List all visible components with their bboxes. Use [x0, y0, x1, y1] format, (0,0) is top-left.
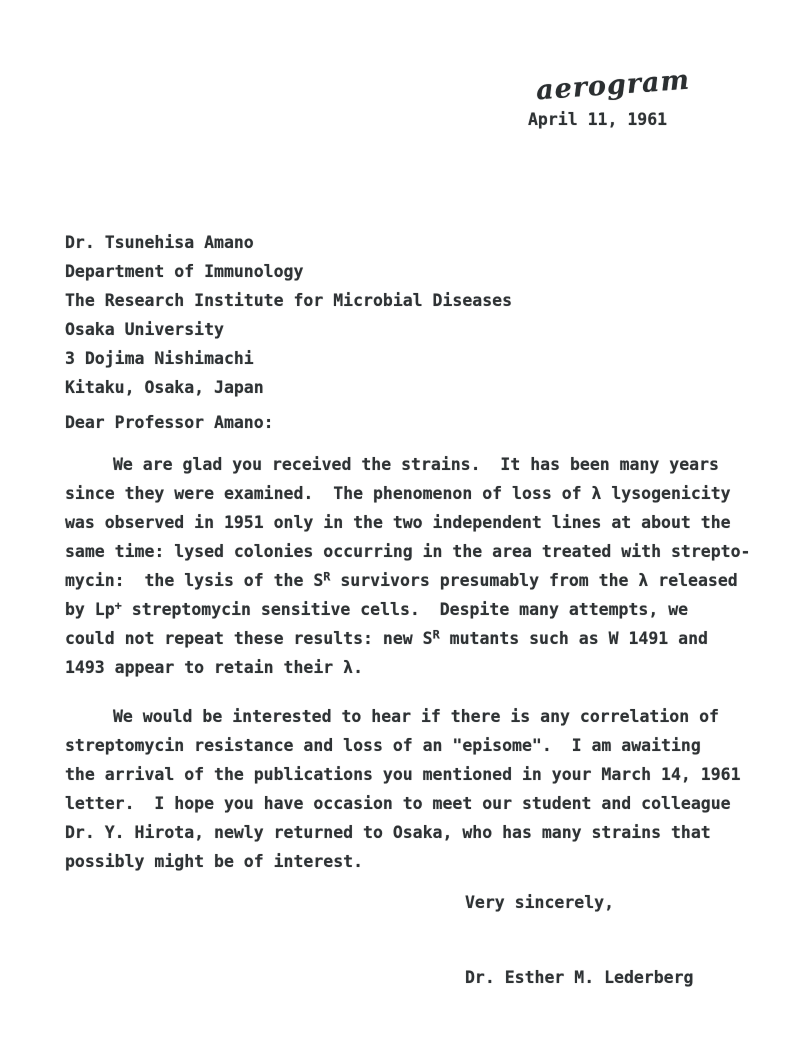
body-line: letter. I hope you have occasion to meet… [65, 789, 755, 818]
address-line: Kitaku, Osaka, Japan [65, 373, 512, 402]
salutation: Dear Professor Amano: [65, 413, 274, 432]
body-line: since they were examined. The phenomenon… [65, 479, 755, 508]
closing-line: Very sincerely, [465, 893, 614, 912]
superscript: R [323, 570, 330, 584]
superscript: R [433, 628, 440, 642]
recipient-address-block: Dr. Tsunehisa AmanoDepartment of Immunol… [65, 228, 512, 402]
paragraph: We are glad you received the strains. It… [65, 450, 755, 682]
superscript: + [115, 599, 122, 613]
body-line: We would be interested to hear if there … [65, 702, 755, 731]
body-line: mycin: the lysis of the SR survivors pre… [65, 566, 755, 595]
body-line: same time: lysed colonies occurring in t… [65, 537, 755, 566]
body-line: by Lp+ streptomycin sensitive cells. Des… [65, 595, 755, 624]
body-line: We are glad you received the strains. It… [65, 450, 755, 479]
address-line: Osaka University [65, 315, 512, 344]
body-line: was observed in 1951 only in the two ind… [65, 508, 755, 537]
address-line: Dr. Tsunehisa Amano [65, 228, 512, 257]
body-line: could not repeat these results: new SR m… [65, 624, 755, 653]
body-line: the arrival of the publications you ment… [65, 760, 755, 789]
address-line: 3 Dojima Nishimachi [65, 344, 512, 373]
body-line: possibly might be of interest. [65, 847, 755, 876]
letter-page: aerogram April 11, 1961 Dr. Tsunehisa Am… [0, 0, 800, 1045]
letter-body: We are glad you received the strains. It… [65, 450, 755, 896]
body-line: Dr. Y. Hirota, newly returned to Osaka, … [65, 818, 755, 847]
address-line: Department of Immunology [65, 257, 512, 286]
signature-name: Dr. Esther M. Lederberg [465, 968, 693, 987]
address-line: The Research Institute for Microbial Dis… [65, 286, 512, 315]
body-line: 1493 appear to retain their λ. [65, 653, 755, 682]
letter-date: April 11, 1961 [528, 110, 667, 129]
paragraph: We would be interested to hear if there … [65, 702, 755, 876]
body-line: streptomycin resistance and loss of an "… [65, 731, 755, 760]
handwritten-aerogram-annotation: aerogram [535, 65, 691, 107]
